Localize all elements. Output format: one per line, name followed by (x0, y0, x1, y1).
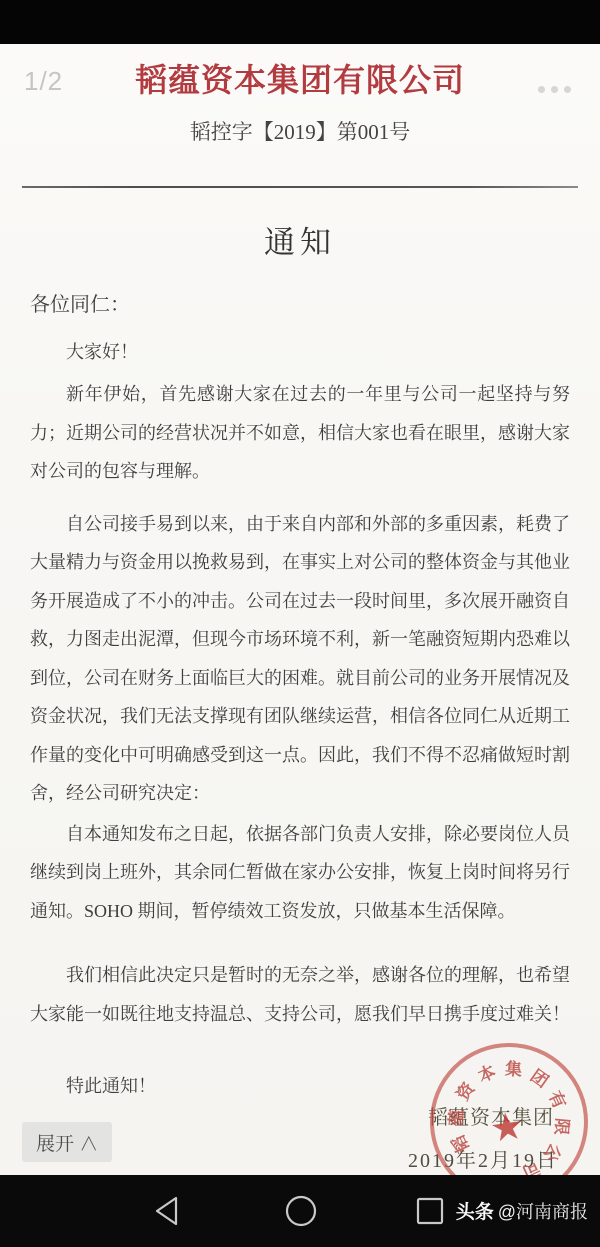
seal-arc-char: 资 (449, 1076, 476, 1102)
seal-arc-char: 公 (542, 1142, 569, 1168)
notice-title: 通知 (0, 220, 600, 266)
home-icon[interactable] (284, 1194, 318, 1228)
doc-number: 韬控字【2019】第001号 (0, 118, 600, 146)
paragraph: 我们相信此决定只是暂时的无奈之举，感谢各位的理解，也希望大家能一如既往地支持温总… (30, 956, 570, 1033)
divider-line (22, 186, 578, 188)
star-icon: ★ (488, 1107, 527, 1149)
more-dots-icon[interactable] (538, 80, 590, 94)
recents-icon[interactable] (415, 1194, 445, 1228)
screen: 1/2 韬蕴资本集团有限公司 韬控字【2019】第001号 通知 各位同仁： 大… (0, 0, 600, 1247)
page-indicator: 1/2 (24, 66, 63, 97)
paragraph: 自本通知发布之日起，依据各部门负责人安排，除必要岗位人员继续到岗上班外，其余同仁… (30, 815, 570, 931)
seal-arc-char: 集 (504, 1054, 524, 1075)
company-title: 韬蕴资本集团有限公司 (0, 58, 600, 102)
greeting: 大家好！ (30, 333, 570, 372)
salutation: 各位同仁： (30, 286, 570, 325)
paragraph: 自公司接手易到以来，由于来自内部和外部的多重因素，耗费了大量精力与资金用以挽救易… (30, 505, 570, 813)
seal-arc-char: 限 (555, 1117, 576, 1137)
watermark: 头条@河南商报 (456, 1197, 588, 1224)
seal-arc-char: 本 (473, 1057, 498, 1083)
expand-button[interactable]: 展开 ∧ (22, 1122, 112, 1162)
seal-arc-char: 蕴 (441, 1107, 462, 1127)
back-icon[interactable] (152, 1194, 184, 1228)
seal-arc-char: 司 (521, 1161, 546, 1175)
navigation-bar: 头条@河南商报 (0, 1175, 600, 1247)
seal-arc-char: 韬 (444, 1134, 470, 1159)
status-bar (0, 0, 600, 44)
notice-body: 各位同仁： 大家好！ 新年伊始，首先感谢大家在过去的一年里与公司一起坚持与努力；… (0, 286, 600, 1106)
watermark-source: 头条 (456, 1202, 494, 1223)
document-image: 1/2 韬蕴资本集团有限公司 韬控字【2019】第001号 通知 各位同仁： 大… (0, 44, 600, 1175)
paragraph: 新年伊始，首先感谢大家在过去的一年里与公司一起坚持与努力；近期公司的经营状况并不… (30, 375, 570, 491)
watermark-account: @河南商报 (498, 1202, 588, 1222)
seal-arc-char: 团 (529, 1062, 555, 1089)
seal-arc-char: 有 (548, 1086, 574, 1111)
